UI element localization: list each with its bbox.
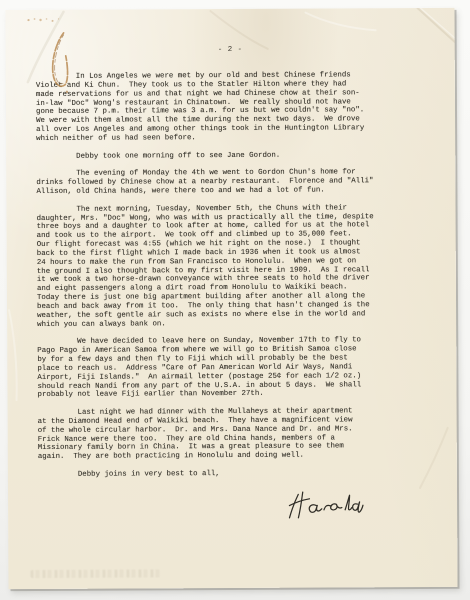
rust-speckles (26, 16, 70, 26)
letter-paragraph-4: The next morning, Tuesday, November 5th,… (37, 203, 457, 329)
paperclip-rust-stain-icon (42, 30, 86, 100)
letter-paragraph-6: Last night we had dinner with the Mullah… (38, 407, 457, 462)
letter-paragraph-3: The evening of Monday the 4th we went to… (36, 168, 455, 197)
letter-paragraph-2: Debby took one morning off to see Jane G… (36, 150, 455, 161)
letter-paragraph-5: We have decided to leave here on Sunday,… (37, 336, 456, 400)
letter-closing: Debby joins in very best to all, (38, 469, 457, 480)
letter-body: In Los Angeles we were met by our old an… (36, 71, 457, 480)
signature-handwriting (286, 488, 364, 524)
letter-page: - 2 - In Los Angeles we were met by our … (5, 8, 457, 589)
show-through-smudge (30, 569, 160, 578)
scanned-letter: - 2 - In Los Angeles we were met by our … (0, 0, 470, 600)
letter-paragraph-1: In Los Angeles we were met by our old an… (36, 71, 455, 144)
